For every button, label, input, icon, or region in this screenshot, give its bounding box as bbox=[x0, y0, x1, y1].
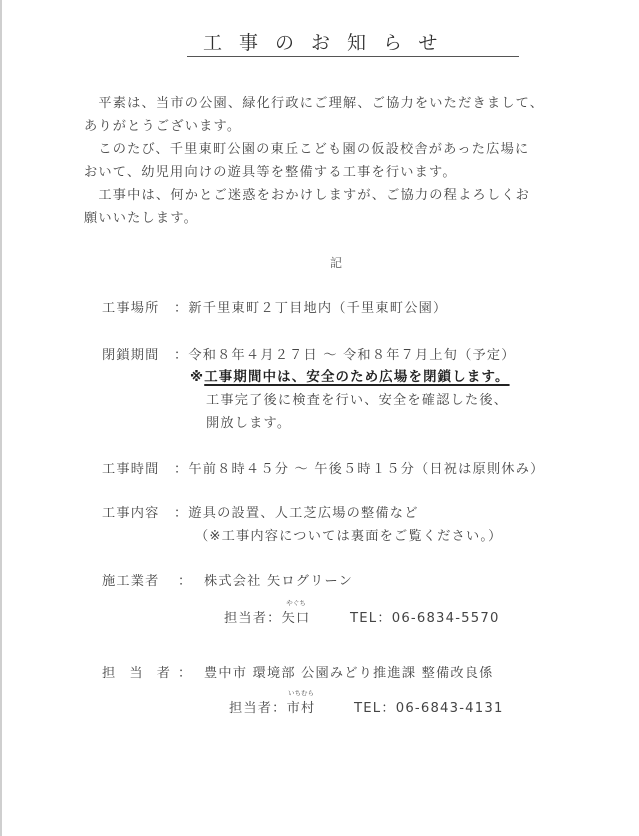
contact-label: 担 当 者 bbox=[102, 662, 175, 681]
contact-colon: ： bbox=[178, 662, 192, 681]
person-name: やぐち矢口 bbox=[282, 607, 311, 626]
content-value: ：遊具の設置、人工芝広場の整備など bbox=[174, 502, 419, 521]
closure-warning: ※工事期間中は、安全のため広場を閉鎖します。 bbox=[190, 366, 510, 385]
intro-line: ありがとうございます。 bbox=[84, 119, 241, 135]
closure-note: 開放します。 bbox=[206, 412, 291, 431]
contractor-name: 株式会社 矢ログリーン bbox=[204, 570, 353, 589]
person-label: 担当者： bbox=[224, 611, 282, 626]
closure-value: ：令和８年４月２７日 ～ 令和８年７月上旬（予定） bbox=[174, 344, 516, 363]
content-note: （※工事内容については裏面をご覧ください。） bbox=[195, 525, 503, 544]
person-label: 担当者： bbox=[229, 701, 287, 716]
intro-line: 平素は、当市の公園、緑化行政にご理解、ご協力をいただきまして、 bbox=[84, 96, 544, 112]
intro-line: このたび、千里東町公園の東丘こども園の仮設校舎があった広場に bbox=[84, 142, 529, 158]
content-label: 工事内容 bbox=[102, 502, 160, 521]
intro-line: 工事中は、何かとご迷惑をおかけしますが、ご協力の程よろしくお bbox=[84, 188, 530, 204]
warning-text: 工事期間中は、安全のため広場を閉鎖します。 bbox=[204, 370, 509, 385]
contact-dept: 豊中市 環境部 公園みどり推進課 整備改良係 bbox=[204, 662, 494, 681]
hours-label: 工事時間 bbox=[102, 458, 160, 477]
location-label: 工事場所 bbox=[102, 297, 160, 316]
intro-line: おいて、幼児用向けの遊具等を整備する工事を行います。 bbox=[84, 165, 457, 181]
notice-page: 工事のお知らせ 平素は、当市の公園、緑化行政にご理解、ご協力をいただきまして、 … bbox=[0, 0, 639, 836]
contractor-tel: TEL：06-6834-5570 bbox=[350, 607, 500, 626]
location-value: ：新千里東町２丁目地内（千里東町公園） bbox=[174, 297, 447, 316]
person-ruby: いちむら bbox=[287, 688, 316, 697]
hours-value: ：午前８時４５分 ～ 午後５時１５分（日祝は原則休み） bbox=[174, 458, 544, 477]
page-title: 工事のお知らせ bbox=[187, 32, 519, 57]
person-ruby: やぐち bbox=[282, 598, 311, 607]
closure-label: 閉鎖期間 bbox=[102, 344, 160, 363]
contact-person: 担当者：いちむら市村 bbox=[229, 697, 315, 716]
contractor-colon: ： bbox=[178, 570, 192, 589]
contractor-label: 施工業者 bbox=[102, 570, 160, 589]
ki-heading: 記 bbox=[330, 254, 342, 271]
closure-note: 工事完了後に検査を行い、安全を確認した後、 bbox=[206, 389, 508, 408]
warning-mark: ※ bbox=[190, 370, 204, 385]
contact-tel: TEL：06-6843-4131 bbox=[354, 697, 504, 716]
intro-line: 願いいたします。 bbox=[84, 211, 198, 227]
person-name: いちむら市村 bbox=[287, 697, 316, 716]
contractor-person: 担当者：やぐち矢口 bbox=[224, 607, 310, 626]
